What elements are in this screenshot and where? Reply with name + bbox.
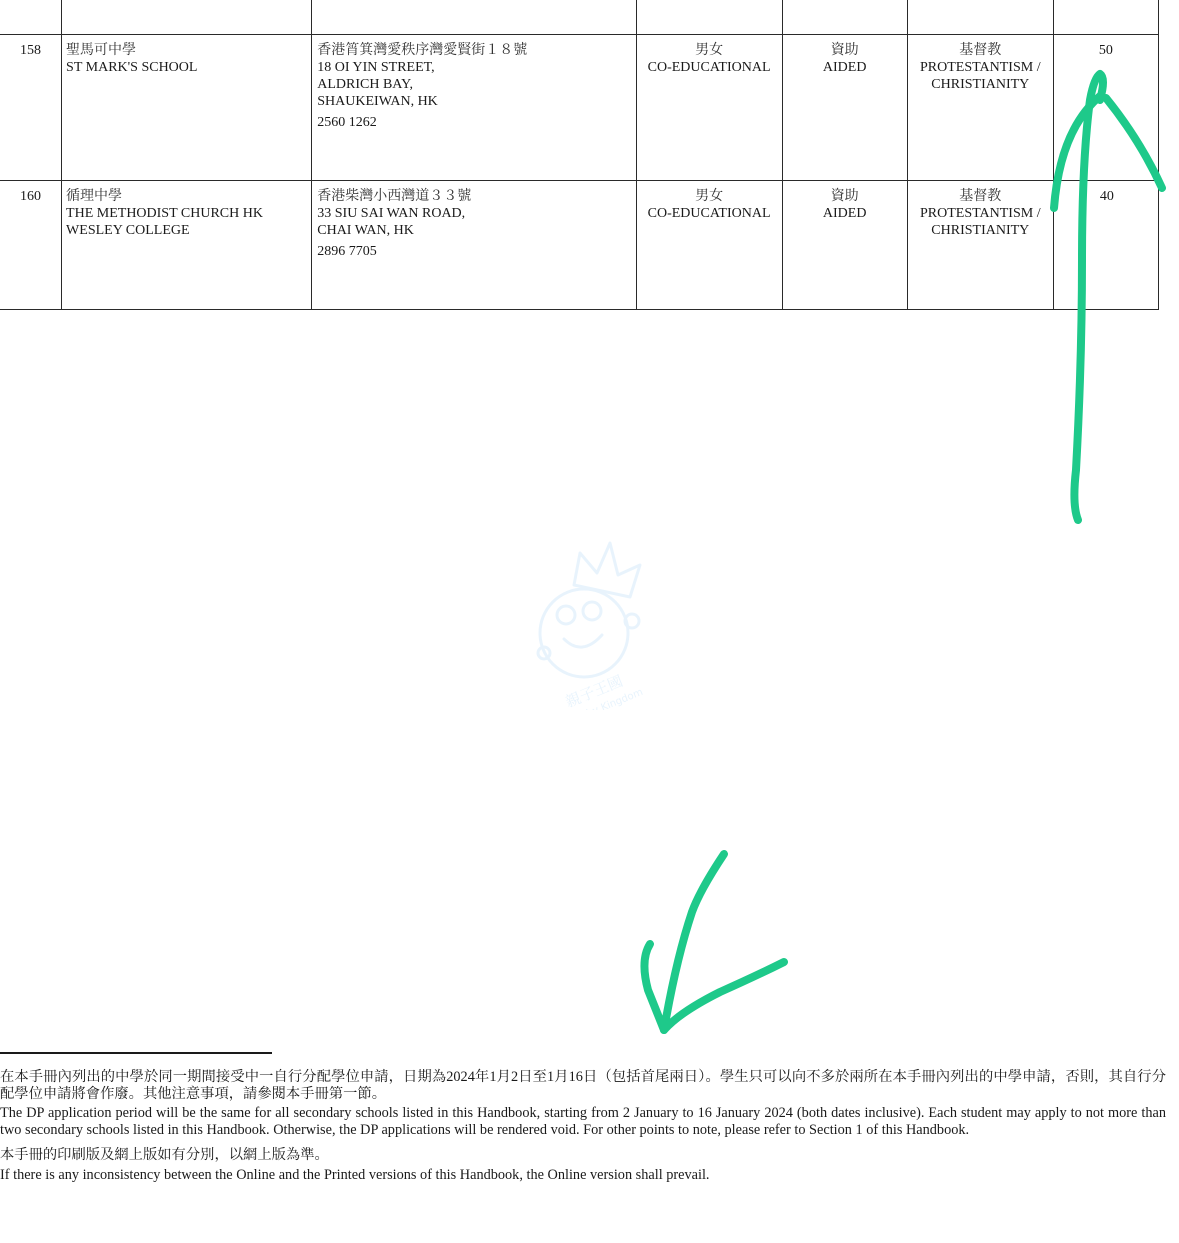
places-value: 50 (1054, 35, 1158, 59)
footnote-en-application: The DP application period will be the sa… (0, 1105, 1166, 1139)
school-phone: 2896 7705 (317, 243, 631, 260)
school-name-cell: 循理中學 THE METHODIST CHURCH HK WESLEY COLL… (62, 181, 312, 310)
finance-zh: 資助 (787, 42, 903, 59)
religion-en-line: PROTESTANTISM / (912, 205, 1049, 222)
religion-zh: 基督教 (912, 188, 1049, 205)
gender-en: CO-EDUCATIONAL (641, 205, 778, 222)
baby-kingdom-watermark-icon: 親子王國 Baby Kingdom (522, 535, 672, 710)
finance-en: AIDED (787, 205, 903, 222)
places-cell: 50 (1053, 35, 1158, 181)
address-en-line: CHAI WAN, HK (317, 222, 631, 239)
table-row: 158 聖馬可中學 ST MARK'S SCHOOL 香港筲箕灣愛秩序灣愛賢街１… (0, 35, 1159, 181)
gender-zh: 男女 (641, 188, 778, 205)
down-left-arrow-icon (664, 854, 724, 1030)
finance-type-cell: 資助 AIDED (782, 181, 907, 310)
document-page: 158 聖馬可中學 ST MARK'S SCHOOL 香港筲箕灣愛秩序灣愛賢街１… (0, 0, 1179, 1243)
address-en-line: 18 OI YIN STREET, (317, 59, 631, 76)
school-address-cell: 香港筲箕灣愛秩序灣愛賢街１８號 18 OI YIN STREET, ALDRIC… (312, 35, 636, 181)
gender-cell: 男女 CO-EDUCATIONAL (636, 35, 782, 181)
school-phone: 2560 1262 (317, 114, 631, 131)
religion-en-line: PROTESTANTISM / (912, 59, 1049, 76)
school-table: 158 聖馬可中學 ST MARK'S SCHOOL 香港筲箕灣愛秩序灣愛賢街１… (0, 0, 1159, 310)
religion-zh: 基督教 (912, 42, 1049, 59)
address-zh: 香港柴灣小西灣道３３號 (317, 188, 631, 205)
school-name-zh: 循理中學 (66, 188, 307, 205)
places-cell: 40 (1053, 181, 1158, 310)
finance-zh: 資助 (787, 188, 903, 205)
footnote-divider (0, 1052, 272, 1054)
school-name-zh: 聖馬可中學 (66, 42, 307, 59)
school-name-en: THE METHODIST CHURCH HK (66, 205, 307, 222)
school-number: 158 (0, 35, 61, 59)
footnote-zh-version: 本手冊的印刷版及網上版如有分別，以網上版為準。 (0, 1147, 1166, 1164)
address-en-line: SHAUKEIWAN, HK (317, 93, 631, 110)
down-left-arrow-head-right-icon (664, 962, 784, 1030)
school-name-cell: 聖馬可中學 ST MARK'S SCHOOL (62, 35, 312, 181)
gender-zh: 男女 (641, 42, 778, 59)
footnote: 在本手冊內列出的中學於同一期間接受中一自行分配學位申請，日期為2024年1月2日… (0, 1069, 1166, 1192)
finance-type-cell: 資助 AIDED (782, 35, 907, 181)
religion-cell: 基督教 PROTESTANTISM / CHRISTIANITY (907, 35, 1053, 181)
gender-en: CO-EDUCATIONAL (641, 59, 778, 76)
places-value: 40 (1054, 181, 1158, 205)
gender-cell: 男女 CO-EDUCATIONAL (636, 181, 782, 310)
footnote-zh-application: 在本手冊內列出的中學於同一期間接受中一自行分配學位申請，日期為2024年1月2日… (0, 1069, 1166, 1103)
table-row: 160 循理中學 THE METHODIST CHURCH HK WESLEY … (0, 181, 1159, 310)
table-row-previous (0, 0, 1159, 35)
school-number: 160 (0, 181, 61, 205)
religion-en-line: CHRISTIANITY (912, 222, 1049, 239)
religion-en-line: CHRISTIANITY (912, 76, 1049, 93)
school-number-cell: 160 (0, 181, 62, 310)
address-en-line: ALDRICH BAY, (317, 76, 631, 93)
finance-en: AIDED (787, 59, 903, 76)
religion-cell: 基督教 PROTESTANTISM / CHRISTIANITY (907, 181, 1053, 310)
address-zh: 香港筲箕灣愛秩序灣愛賢街１８號 (317, 42, 631, 59)
school-address-cell: 香港柴灣小西灣道３３號 33 SIU SAI WAN ROAD, CHAI WA… (312, 181, 636, 310)
school-name-en: WESLEY COLLEGE (66, 222, 307, 239)
address-en-line: 33 SIU SAI WAN ROAD, (317, 205, 631, 222)
school-number-cell: 158 (0, 35, 62, 181)
down-left-arrow-head-left-icon (644, 944, 664, 1030)
footnote-en-version: If there is any inconsistency between th… (0, 1167, 1166, 1184)
school-name-en: ST MARK'S SCHOOL (66, 59, 307, 76)
